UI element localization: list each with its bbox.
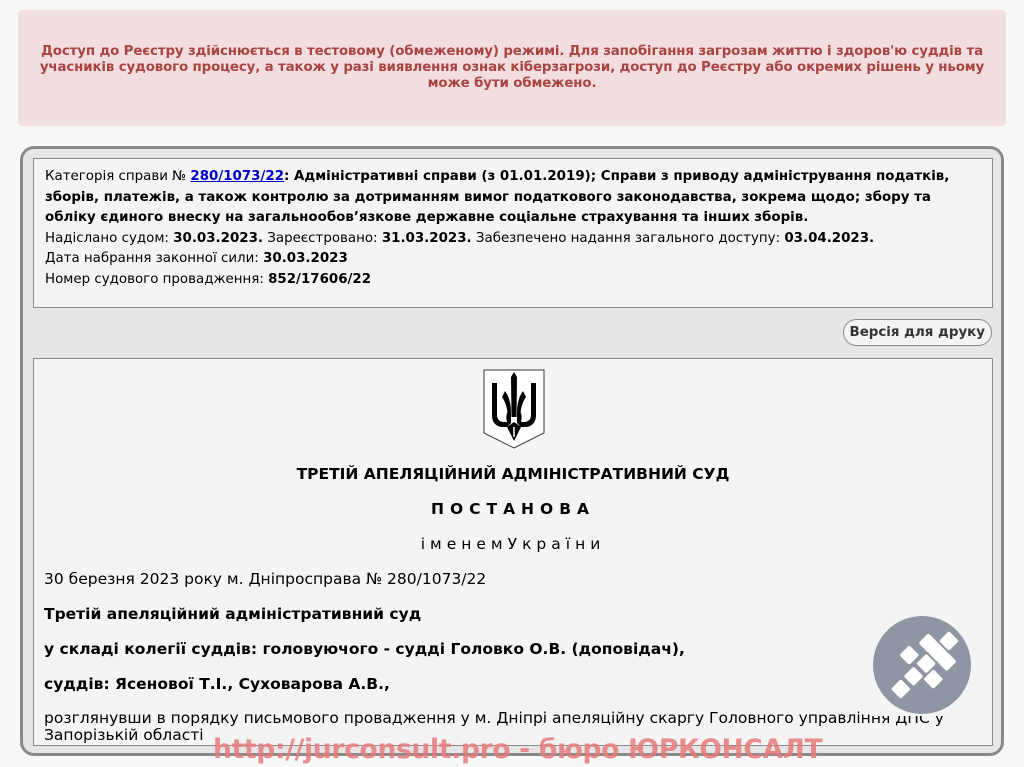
court-title: ТРЕТІЙ АПЕЛЯЦІЙНИЙ АДМІНІСТРАТИВНИЙ СУД (34, 465, 992, 483)
document-kind: ПОСТАНОВА (34, 500, 992, 518)
puzzle-logo-icon (871, 614, 973, 716)
category-label: Категорія справи № (45, 169, 190, 184)
floating-logo-badge[interactable] (871, 614, 973, 716)
sent-date: 30.03.2023. (173, 231, 263, 246)
in-the-name-of-ukraine: іменемУкраїни (34, 535, 992, 553)
case-dates: Надіслано судом: 30.03.2023. Зареєстрова… (45, 229, 981, 250)
effective-date-row: Дата набрання законної сили: 30.03.2023 (45, 249, 981, 270)
registered-label: Зареєстровано: (263, 231, 382, 246)
court-name-line: Третій апеляційний адміністративний суд (44, 605, 421, 623)
sent-label: Надіслано судом: (45, 231, 173, 246)
ukraine-trident-emblem-icon (483, 369, 545, 449)
panel-judges-line: суддів: Ясенової Т.І., Суховарова А.В., (44, 675, 390, 693)
effective-date: 30.03.2023 (263, 251, 348, 266)
case-number-link[interactable]: 280/1073/22 (190, 169, 284, 184)
registered-date: 31.03.2023. (382, 231, 472, 246)
decision-container: Категорія справи № 280/1073/22: Адмініст… (20, 146, 1004, 756)
watermark-text: http://jurconsult.pro - бюро ЮРКОНСАЛТ (213, 734, 822, 765)
case-category: Категорія справи № 280/1073/22: Адмініст… (45, 167, 981, 229)
print-version-button[interactable]: Версія для друку (843, 319, 993, 346)
access-notice-text: Доступ до Реєстру здійснюється в тестово… (34, 44, 990, 92)
case-info-panel: Категорія справи № 280/1073/22: Адмініст… (33, 158, 993, 308)
access-date: 03.04.2023. (784, 231, 874, 246)
proceeding-number: 852/17606/22 (268, 272, 371, 287)
proceeding-label: Номер судового провадження: (45, 272, 268, 287)
effective-label: Дата набрання законної сили: (45, 251, 263, 266)
access-notice-banner: Доступ до Реєстру здійснюється в тестово… (18, 10, 1006, 126)
access-label: Забезпечено надання загального доступу: (472, 231, 785, 246)
proceeding-number-row: Номер судового провадження: 852/17606/22 (45, 270, 981, 291)
date-place-case-line: 30 березня 2023 року м. Дніпросправа № 2… (44, 570, 486, 588)
panel-presiding-line: у складі колегії суддів: головуючого - с… (44, 640, 685, 658)
decision-document: ТРЕТІЙ АПЕЛЯЦІЙНИЙ АДМІНІСТРАТИВНИЙ СУД … (33, 358, 993, 746)
